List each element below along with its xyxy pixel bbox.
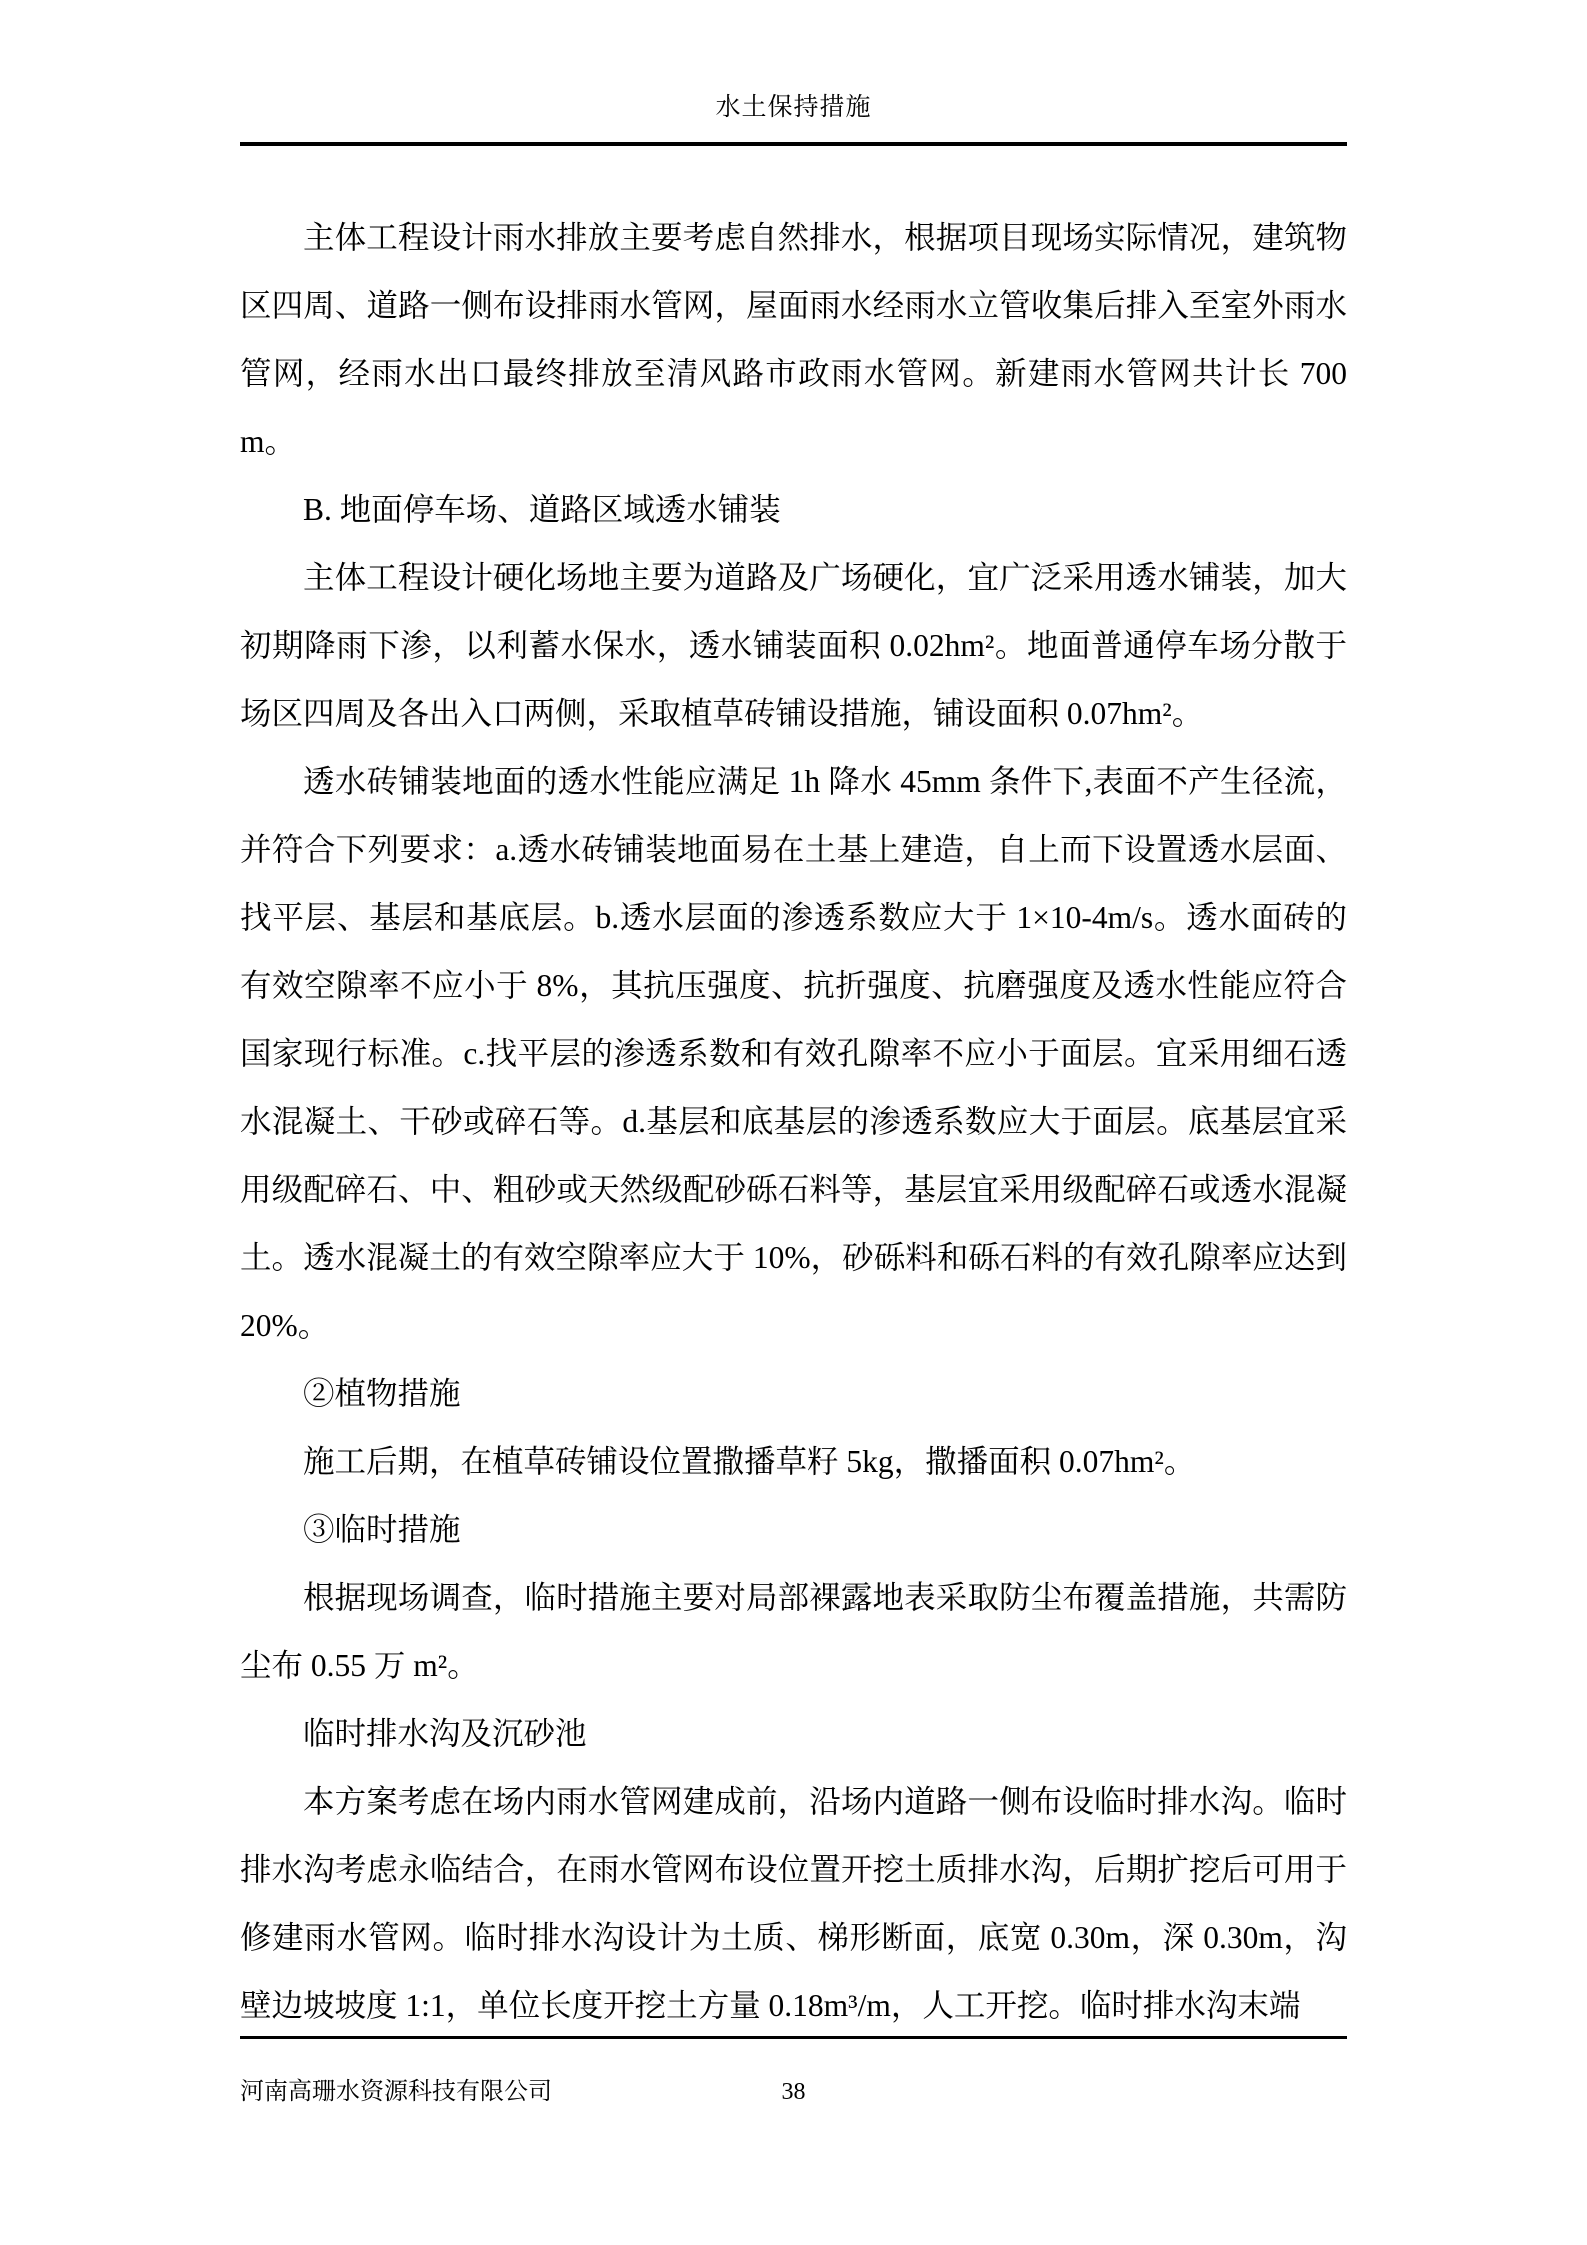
header-title: 水土保持措施 bbox=[240, 80, 1347, 136]
paragraph: 施工后期，在植草砖铺设位置撒播草籽 5kg，撒播面积 0.07hm²。 bbox=[240, 1428, 1347, 1496]
paragraph: 根据现场调查，临时措施主要对局部裸露地表采取防尘布覆盖措施，共需防尘布 0.55… bbox=[240, 1564, 1347, 1700]
paragraph: ②植物措施 bbox=[240, 1360, 1347, 1428]
paragraph: 本方案考虑在场内雨水管网建成前，沿场内道路一侧布设临时排水沟。临时排水沟考虑永临… bbox=[240, 1768, 1347, 2040]
page-header: 水土保持措施 bbox=[240, 80, 1347, 146]
paragraph: ③临时措施 bbox=[240, 1496, 1347, 1564]
paragraph: 主体工程设计雨水排放主要考虑自然排水，根据项目现场实际情况，建筑物区四周、道路一… bbox=[240, 204, 1347, 476]
paragraph: 透水砖铺装地面的透水性能应满足 1h 降水 45mm 条件下,表面不产生径流，并… bbox=[240, 748, 1347, 1360]
footer-row: 河南高珊水资源科技有限公司 38 bbox=[240, 2039, 1347, 2107]
footer-page-number: 38 bbox=[240, 2077, 1347, 2107]
paragraph: 主体工程设计硬化场地主要为道路及广场硬化，宜广泛采用透水铺装，加大初期降雨下渗，… bbox=[240, 544, 1347, 748]
paragraph: B. 地面停车场、道路区域透水铺装 bbox=[240, 476, 1347, 544]
paragraph: 临时排水沟及沉砂池 bbox=[240, 1700, 1347, 1768]
document-body: 主体工程设计雨水排放主要考虑自然排水，根据项目现场实际情况，建筑物区四周、道路一… bbox=[240, 204, 1347, 2040]
document-page: 水土保持措施 主体工程设计雨水排放主要考虑自然排水，根据项目现场实际情况，建筑物… bbox=[0, 0, 1587, 2245]
page-footer: 河南高珊水资源科技有限公司 38 bbox=[240, 2036, 1347, 2107]
